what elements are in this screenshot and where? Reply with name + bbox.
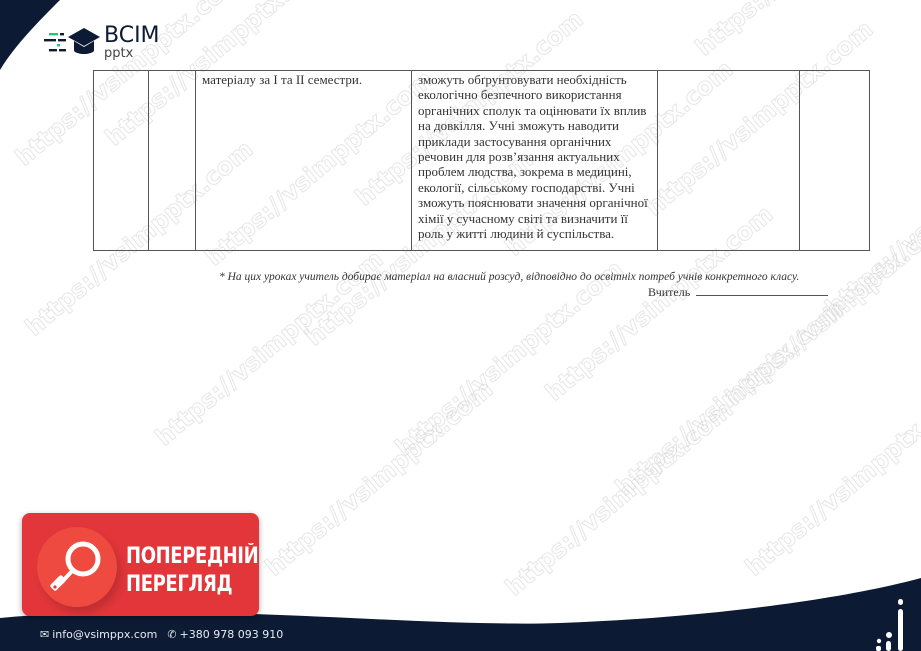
magnifier-icon	[37, 527, 117, 607]
table-cell	[800, 71, 870, 251]
phone-text: +380 978 093 910	[180, 628, 284, 641]
preview-circle	[37, 527, 117, 607]
footnote: * На цих уроках учитель добирає матеріал…	[219, 271, 799, 283]
contacts-bar: ✉info@vsimppx.com ✆+380 978 093 910	[40, 628, 283, 641]
watermark-text: https://vsimpptx.com	[610, 295, 849, 502]
bars-decoration-icon	[855, 591, 915, 651]
table-cell	[94, 71, 149, 251]
mail-icon: ✉	[40, 628, 49, 641]
preview-button[interactable]: ПОПЕРЕДНІЙ ПЕРЕГЛЯД	[22, 513, 259, 616]
preview-label: ПОПЕРЕДНІЙ ПЕРЕГЛЯД	[126, 543, 258, 599]
graduation-cap-icon	[44, 24, 102, 60]
preview-label-line1: ПОПЕРЕДНІЙ	[126, 543, 258, 571]
teacher-label: Вчитель	[648, 285, 690, 299]
table-cell	[149, 71, 196, 251]
table-cell: матеріалу за I та II семестри.	[196, 71, 412, 251]
logo-brand: BCIM	[104, 25, 160, 47]
vsim-logo: BCIM pptx	[44, 24, 160, 60]
table-cell: зможуть обґрунтовувати необхідність екол…	[412, 71, 658, 251]
email-text: info@vsimppx.com	[52, 628, 157, 641]
watermark-text: https://vsimpptx.com	[500, 395, 739, 602]
preview-label-line2: ПЕРЕГЛЯД	[126, 571, 258, 599]
logo-sub: pptx	[104, 47, 160, 60]
teacher-signature: Вчитель	[648, 285, 828, 300]
watermark-text: https://vsimpptx.com	[740, 375, 921, 582]
watermark-text: https://vsimpptx.com	[260, 375, 499, 582]
table-row: матеріалу за I та II семестри. зможуть о…	[94, 71, 870, 251]
signature-line	[696, 286, 828, 296]
watermark-text: https://vsimpptx.com	[390, 255, 629, 462]
phone-contact[interactable]: ✆+380 978 093 910	[167, 628, 283, 641]
table-cell	[658, 71, 800, 251]
watermark-text: https://vsimpptx.com	[690, 0, 921, 61]
lesson-plan-table: матеріалу за I та II семестри. зможуть о…	[93, 70, 870, 251]
email-contact[interactable]: ✉info@vsimppx.com	[40, 628, 157, 641]
phone-icon: ✆	[167, 628, 176, 641]
